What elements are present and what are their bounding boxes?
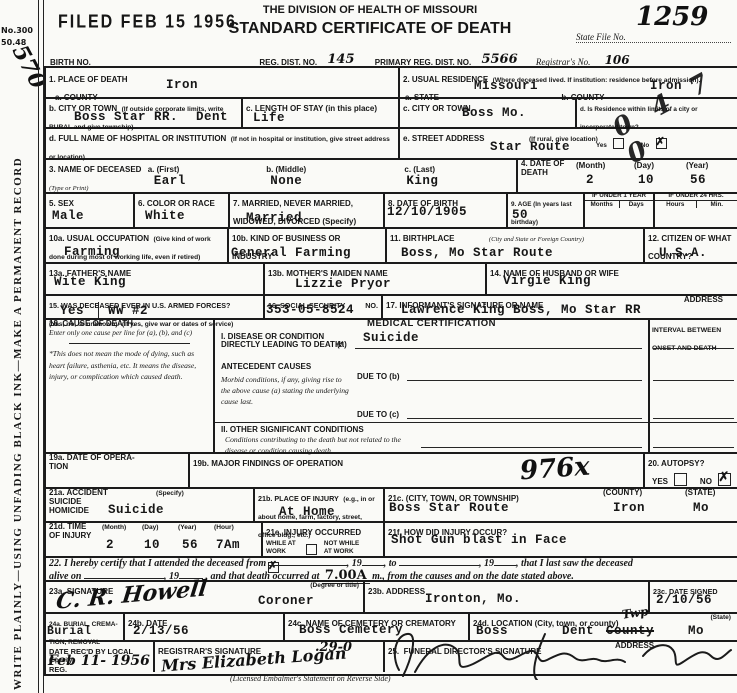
injury-county-value: Iron [613,501,645,515]
race-label: 6. COLOR OR RACE [138,199,215,208]
certifier-address-value: Ironton, Mo. [425,592,521,606]
age-min-label: Min. [697,201,737,209]
injury-county-label: (COUNTY) [603,488,642,497]
disposition-date-value: 2/13/56 [133,624,189,638]
antecedent-label: ANTECEDENT CAUSES [221,362,311,371]
res-street-value: Star Route [490,140,570,154]
funeral-director-signature [385,626,735,680]
certify-y2: , 19 [479,558,494,569]
armed-forces-value1: Yes [60,304,84,318]
certifier-degree-label: (Degree or title) [310,582,359,589]
injury-year-value: 56 [182,538,198,552]
name-first-label: a. (First) [148,165,180,174]
injury-day-value: 10 [144,538,160,552]
occupation-value: Farming [64,245,120,259]
birthplace-paren: (City and State or Foreign Country) [489,236,584,243]
father-value: Wite King [54,275,126,289]
certify-num: 22. [49,558,62,569]
injury-not-at-work-label: NOT WHILE AT WORK [324,540,362,555]
injury-year-label: (Year) [178,524,196,531]
operation-date-label: 19a. DATE OF OPERA-TION [49,453,139,471]
injury-at-work-label: WHILE AT WORK [266,540,300,555]
disease-value: Suicide [363,331,419,345]
operation-findings-label: 19b. MAJOR FINDINGS OF OPERATION [193,459,343,468]
name-middle-value: None [270,174,302,188]
age-value: 50 [512,208,528,222]
injury-hour-value: 7Am [216,538,240,552]
certify-part3: , that I last saw the deceased [516,558,633,569]
name-last-label: c. (Last) [404,165,435,174]
birthplace-value: Boss, Mo Star Route [401,246,553,260]
injury-state-value: Mo [693,501,709,515]
death-date-month-value: 2 [586,173,594,187]
injury-kind-paren: (Specify) [156,490,184,497]
armed-forces-divider [98,302,99,318]
medical-certification-header: MEDICAL CERTIFICATION [215,319,648,330]
disease-a-tag: (a) [337,340,347,349]
age-months-label: Months [585,201,620,209]
death-date-year-value: 56 [690,173,706,187]
death-date-year-label: (Year) [686,161,708,170]
department-title: THE DIVISION OF HEALTH OF MISSOURI [220,4,520,16]
checkbox-x-mark: ✗ [718,470,729,485]
location-state-label: (State) [710,614,731,621]
pod-hospital-label: d. FULL NAME OF HOSPITAL OR INSTITUTION [49,134,226,143]
injury-how-value: Shot Gun blast in Face [391,533,567,547]
res-city-value: Boss Mo. [462,106,526,120]
injury-occurred-label: 21e. INJURY OCCURRED [266,528,361,537]
injury-place-label: 21b. PLACE OF INJURY [258,494,339,503]
operation-findings-handwritten: 976x [519,452,591,487]
cause-of-death-sub: Enter only one cause per line for (a), (… [49,328,192,337]
death-date-title: 4. DATE OF DEATH [521,159,565,177]
ssn-value: 353-05-8524 [266,303,354,317]
injury-month-value: 2 [106,538,114,552]
place-of-death-title: 1. PLACE OF DEATH [49,75,128,84]
industry-value: General Farming [231,246,351,260]
death-date-day-value: 10 [638,173,654,187]
age-under1-label: IF UNDER 1 YEAR [585,192,653,201]
due-to-b-label: DUE TO (b) [357,372,400,381]
injury-state-label: (STATE) [685,488,715,497]
age-hours-label: Hours [655,201,697,209]
death-certificate-sheet: No.300 50.48 570 WRITE PLAINLY—USING UNF… [0,0,737,693]
name-sub: (Type or Print) [49,185,88,192]
due-to-b-line [407,380,642,381]
injury-kind-value: Suicide [108,503,164,517]
ssn-label2: NO. [365,302,378,310]
name-middle-label: b. (Middle) [266,165,306,174]
autopsy-no-checkbox: ✗ [718,473,731,486]
injury-time-label: 21d. TIME OF INJURY [49,522,95,540]
certify-part2: , to [384,558,397,569]
autopsy-no-label: NO [700,477,712,486]
name-last-value: King [406,174,438,188]
autopsy-yes-label: YES [652,477,668,486]
sex-value: Male [52,209,84,223]
registration-row: BIRTH NO. REG. DIST. NO. 145 PRIMARY REG… [50,52,737,67]
other-conditions-label: II. OTHER SIGNIFICANT CONDITIONS [221,425,364,434]
state-file-number: 1259 [636,2,708,32]
sex-label: 5. SEX [49,199,74,208]
age-days-label: Days [620,201,654,209]
res-state-value: Missouri [474,79,538,93]
mother-value: Lizzie Pryor [295,277,391,291]
disease-label-line2: DIRECTLY LEADING TO DEATH* [221,340,344,349]
res-street-label: e. STREET ADDRESS [403,134,485,143]
certifier-degree-value: Coroner [258,594,314,608]
death-date-month-label: (Month) [576,161,605,170]
certifier-date-value: 2/10/56 [656,593,712,607]
certifier-signature-handwritten: C. R. Howell [55,575,209,615]
name-first-value: Earl [154,174,186,188]
cause-of-death-label: 18. CAUSE OF DEATH. [49,319,135,328]
certificate-title: STANDARD CERTIFICATE OF DEATH [200,20,540,38]
spouse-value: Virgie King [503,274,591,288]
due-to-c-label: DUE TO (c) [357,410,399,419]
name-title: 3. NAME OF DECEASED [49,165,141,174]
margin-number-1: No.300 [1,26,33,35]
informant-address-label: ADDRESS [684,295,723,304]
occupation-label: 10a. USUAL OCCUPATION [49,234,149,243]
injury-place-value: At Home [279,505,335,519]
injury-day-label: (Day) [142,524,159,531]
injury-month-label: (Month) [102,524,126,531]
form-box: 1. PLACE OF DEATH a. COUNTY Iron 2. USUA… [44,66,737,676]
pod-stay-value: Life [253,111,285,125]
citizen-value: U.S.A. [659,246,707,260]
injury-city-value: Boss Star Route [389,501,509,515]
morbid-text: Morbid conditions, if any, giving rise t… [221,374,351,407]
due-to-c-line [407,418,642,419]
state-file-label: State File No. [576,32,731,43]
informant-value: Lawrence King Boss, Mo Star RR [401,303,641,317]
pod-township-value: Dent [196,110,228,124]
certifier-address-label: 23b. ADDRESS [368,587,425,596]
autopsy-label: 20. AUTOPSY? [648,459,704,468]
embalmer-note: (Licensed Embalmer's Statement on Revers… [230,675,391,684]
pod-county-value: Iron [166,78,198,92]
death-date-day-label: (Day) [634,161,654,170]
location-twp-handwritten: Twp [621,604,649,622]
disease-line [355,348,642,349]
margin-vertical-instruction: WRITE PLAINLY—USING UNFADING BLACK INK—M… [12,40,24,690]
race-value: White [145,209,185,223]
marital-value: Married [246,211,302,225]
other-conditions-line [421,447,642,448]
autopsy-yes-checkbox [674,473,687,486]
birth-date-value: 12/10/1905 [387,205,467,219]
armed-forces-value2: WW #2 [108,304,148,318]
res-city-label: c. CITY OR TOWN [403,104,471,113]
pod-city-value: Boss Star RR. [74,110,178,124]
age-under24-label: IF UNDER 24 HRS. [655,192,737,201]
birthplace-label: 11. BIRTHPLACE [390,234,454,243]
certify-part1: I hereby certify that I attended the dec… [64,558,266,569]
cause-of-death-footnote: *This does not mean the mode of dying, s… [49,349,196,381]
injury-hour-label: (Hour) [214,524,234,531]
date-received-handwritten: Feb 11- 1956 [48,653,150,669]
disposition-type-value: Burial [47,625,91,638]
injury-at-work-checkbox [306,544,317,555]
